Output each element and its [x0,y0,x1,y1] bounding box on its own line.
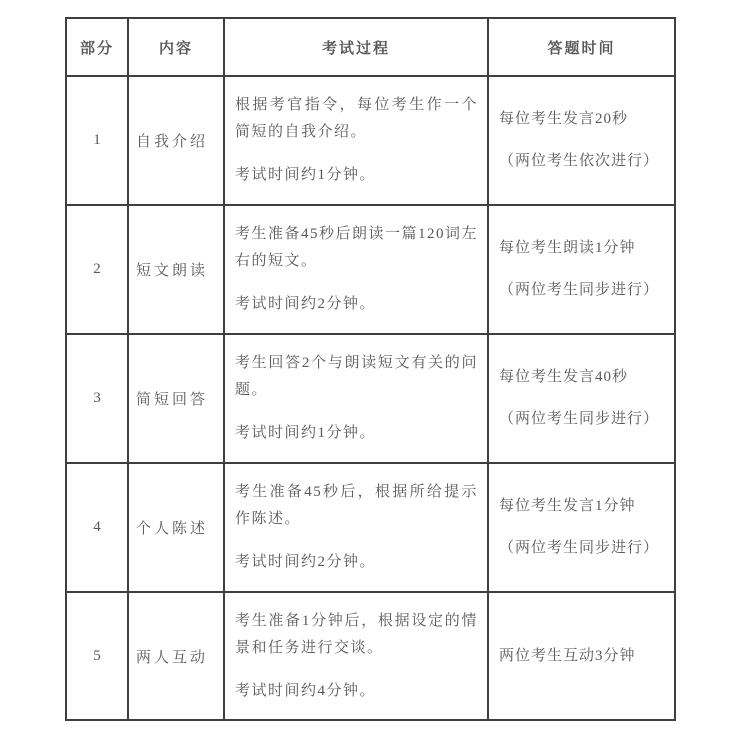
time-line: （两位考生同步进行） [499,406,668,433]
header-process: 考试过程 [224,18,488,76]
time-line: （两位考生依次进行） [499,148,668,175]
process-paragraph: 考生回答2个与朗读短文有关的问题。 [235,350,478,404]
table-row: 4 个人陈述 考生准备45秒后，根据所给提示作陈述。 考试时间约2分钟。 每位考… [66,463,675,592]
time-line: （两位考生同步进行） [499,277,668,304]
exam-structure-table: 部分 内容 考试过程 答题时间 1 自我介绍 根据考官指令，每位考生作一个简短的… [65,17,676,721]
table-row: 5 两人互动 考生准备1分钟后，根据设定的情景和任务进行交谈。 考试时间约4分钟… [66,592,675,720]
time-cell: 每位考生发言40秒 （两位考生同步进行） [488,334,675,463]
table-row: 2 短文朗读 考生准备45秒后朗读一篇120词左右的短文。 考试时间约2分钟。 … [66,205,675,334]
header-row: 部分 内容 考试过程 答题时间 [66,18,675,76]
process-paragraph: 考生准备45秒后朗读一篇120词左右的短文。 [235,221,478,275]
time-cell: 每位考生朗读1分钟 （两位考生同步进行） [488,205,675,334]
part-number: 3 [66,334,128,463]
process-paragraph: 考试时间约1分钟。 [235,162,478,189]
header-time: 答题时间 [488,18,675,76]
process-cell: 考生准备45秒后朗读一篇120词左右的短文。 考试时间约2分钟。 [224,205,488,334]
part-number: 2 [66,205,128,334]
page-background: 部分 内容 考试过程 答题时间 1 自我介绍 根据考官指令，每位考生作一个简短的… [0,0,738,755]
process-paragraph: 根据考官指令，每位考生作一个简短的自我介绍。 [235,92,478,146]
header-content: 内容 [128,18,224,76]
process-paragraph: 考试时间约2分钟。 [235,291,478,318]
process-cell: 考生回答2个与朗读短文有关的问题。 考试时间约1分钟。 [224,334,488,463]
time-line: （两位考生同步进行） [499,535,668,562]
content-label: 简短回答 [128,334,224,463]
header-part: 部分 [66,18,128,76]
process-cell: 根据考官指令，每位考生作一个简短的自我介绍。 考试时间约1分钟。 [224,76,488,205]
process-paragraph: 考试时间约2分钟。 [235,549,478,576]
content-label: 自我介绍 [128,76,224,205]
time-cell: 两位考生互动3分钟 [488,592,675,720]
process-cell: 考生准备45秒后，根据所给提示作陈述。 考试时间约2分钟。 [224,463,488,592]
table-row: 3 简短回答 考生回答2个与朗读短文有关的问题。 考试时间约1分钟。 每位考生发… [66,334,675,463]
process-paragraph: 考生准备1分钟后，根据设定的情景和任务进行交谈。 [235,608,478,662]
process-cell: 考生准备1分钟后，根据设定的情景和任务进行交谈。 考试时间约4分钟。 [224,592,488,720]
time-line: 每位考生发言1分钟 [499,493,668,520]
part-number: 4 [66,463,128,592]
time-line: 两位考生互动3分钟 [499,643,668,670]
time-line: 每位考生发言20秒 [499,106,668,133]
table-row: 1 自我介绍 根据考官指令，每位考生作一个简短的自我介绍。 考试时间约1分钟。 … [66,76,675,205]
process-paragraph: 考试时间约1分钟。 [235,420,478,447]
time-cell: 每位考生发言20秒 （两位考生依次进行） [488,76,675,205]
content-label: 短文朗读 [128,205,224,334]
time-line: 每位考生发言40秒 [499,364,668,391]
process-paragraph: 考生准备45秒后，根据所给提示作陈述。 [235,479,478,533]
content-label: 个人陈述 [128,463,224,592]
part-number: 5 [66,592,128,720]
part-number: 1 [66,76,128,205]
time-line: 每位考生朗读1分钟 [499,235,668,262]
content-label: 两人互动 [128,592,224,720]
time-cell: 每位考生发言1分钟 （两位考生同步进行） [488,463,675,592]
process-paragraph: 考试时间约4分钟。 [235,678,478,705]
